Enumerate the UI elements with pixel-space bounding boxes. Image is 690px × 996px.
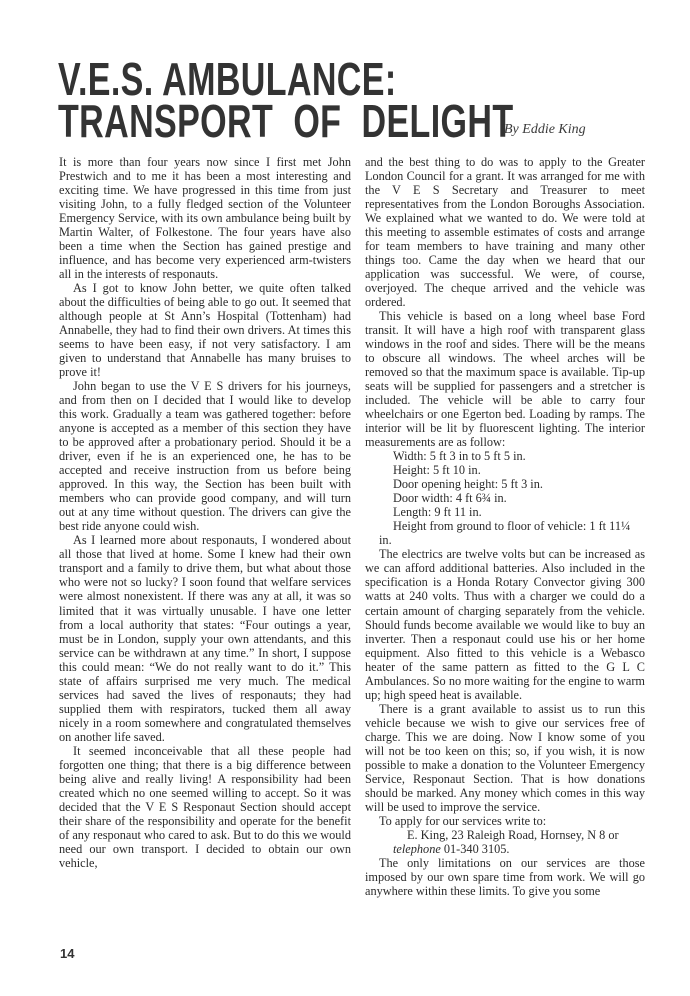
paragraph: There is a grant available to assist us … [365,702,645,814]
page-number: 14 [60,946,74,961]
paragraph: John began to use the V E S drivers for … [59,379,351,533]
byline: By Eddie King [504,122,586,138]
measurement-width: Width: 5 ft 3 in to 5 ft 5 in. [365,449,645,463]
title-line-2: TRANSPORT OF DELIGHT [58,100,514,142]
measurement-door-width: Door width: 4 ft 6¾ in. [365,491,645,505]
address-text: E. King, 23 Raleigh Road, Hornsey, N 8 o… [407,828,619,842]
paragraph: The electrics are twelve volts but can b… [365,547,645,701]
paragraph: To apply for our services write to: [365,814,645,828]
left-column: It is more than four years now since I f… [59,155,351,870]
paragraph: The only limitations on our services are… [365,856,645,898]
contact-address: E. King, 23 Raleigh Road, Hornsey, N 8 o… [365,828,645,856]
paragraph-continued: and the best thing to do was to apply to… [365,155,645,309]
measurement-door-opening-height: Door opening height: 5 ft 3 in. [365,477,645,491]
measurement-floor-height: Height from ground to floor of vehicle: … [365,519,645,547]
phone-number: 01-340 3105. [441,842,510,856]
article-title: V.E.S. AMBULANCE: TRANSPORT OF DELIGHT [58,58,514,142]
paragraph: This vehicle is based on a long wheel ba… [365,309,645,449]
paragraph: As I got to know John better, we quite o… [59,281,351,379]
phone-label: telephone [393,842,441,856]
measurement-height: Height: 5 ft 10 in. [365,463,645,477]
paragraph: It seemed inconceivable that all these p… [59,744,351,870]
paragraph: It is more than four years now since I f… [59,155,351,281]
title-line-1: V.E.S. AMBULANCE: [58,58,514,100]
measurement-length: Length: 9 ft 11 in. [365,505,645,519]
right-column: and the best thing to do was to apply to… [365,155,645,898]
paragraph: As I learned more about responauts, I wo… [59,533,351,743]
measurements-list: Width: 5 ft 3 in to 5 ft 5 in. Height: 5… [365,449,645,547]
